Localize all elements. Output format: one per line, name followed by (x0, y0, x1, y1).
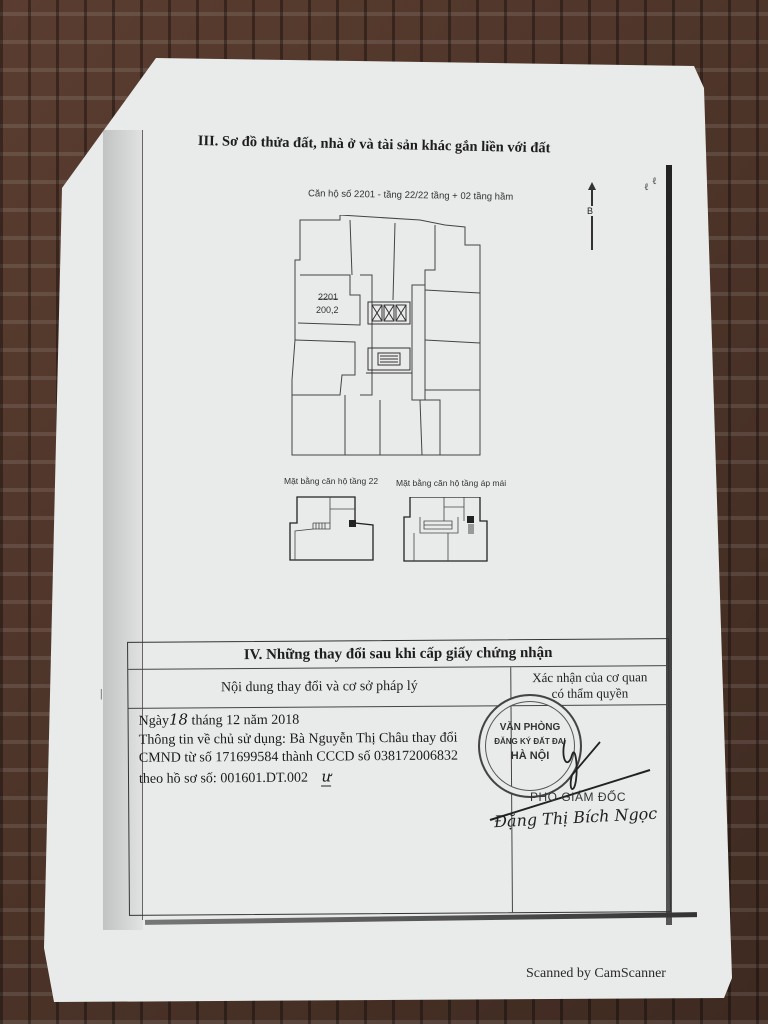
plan-label-attic: Mặt bằng căn hộ tầng áp mái (396, 478, 506, 488)
plan-label-floor-22: Mặt bằng căn hộ tầng 22 (284, 476, 378, 486)
table-header-row: Nội dung thay đổi và cơ sở pháp lý Xác n… (128, 666, 668, 709)
floor-plan (280, 215, 500, 465)
header-change-content: Nội dung thay đổi và cơ sở pháp lý (128, 667, 510, 708)
change-entry: Ngày18 tháng 12 năm 2018 Thông tin về ch… (139, 709, 459, 789)
speck: | (100, 686, 102, 701)
speck: ℓ (644, 182, 649, 193)
header-confirm-line-1: Xác nhận của cơ quan (511, 669, 668, 686)
floor-22-plan (285, 495, 375, 565)
entry-file-ref: theo hồ sơ số: 001601.DT.002 ư (139, 766, 458, 789)
date-prefix: Ngày (139, 714, 169, 729)
north-label: B (587, 206, 593, 216)
file-number: 001601.DT.002 (220, 770, 308, 786)
entry-id-change: CMND từ số 171699584 thành CCCD số 03817… (139, 748, 458, 769)
handwritten-day: 18 (169, 710, 188, 728)
speck: ℓ (652, 176, 657, 187)
signer-title: PHÓ GIÁM ĐỐC (530, 790, 626, 804)
scanner-watermark: Scanned by CamScanner (526, 966, 666, 982)
file-prefix: theo hồ sơ số: (139, 771, 217, 787)
entry-owner-info: Thông tin về chủ sử dụng: Bà Nguyễn Thị … (139, 729, 458, 750)
date-suffix: tháng 12 năm 2018 (191, 713, 299, 729)
north-arrow-icon (591, 188, 593, 250)
entry-date: Ngày18 tháng 12 năm 2018 (139, 709, 458, 732)
unit-area: 200,2 (316, 305, 339, 315)
unit-number: 2201 (318, 292, 338, 302)
section-4-title: IV. Những thay đổi sau khi cấp giấy chứn… (128, 639, 668, 670)
attic-plan (402, 497, 492, 565)
handwritten-initials: ư (321, 767, 331, 786)
